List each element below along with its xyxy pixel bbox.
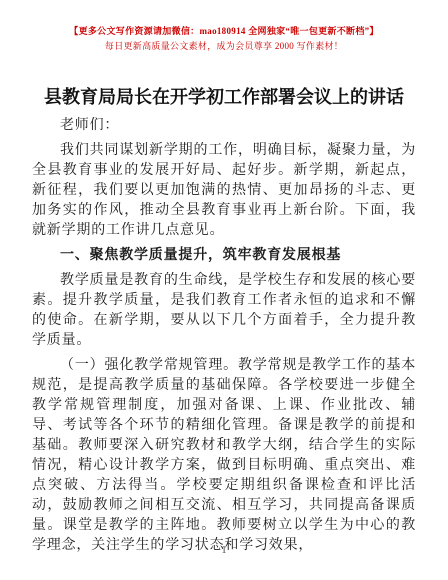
paragraph-3: （一）强化教学常规管理。教学常规是教学工作的基本规范，是提高教学质量的基础保障。…: [32, 356, 416, 556]
document-title: 县教育局局长在开学初工作部署会议上的讲话: [16, 86, 432, 108]
paragraph-1: 我们共同谋划新学期的工作，明确目标，凝聚力量，为全县教育事业的发展开好局、起好步…: [32, 141, 416, 241]
promo-header: 【更多公文写作资源请加微信：mao180914 全网独家“唯一包更新不断档”】 …: [0, 0, 448, 53]
page-number: 1: [0, 545, 448, 556]
promo-line-1: 【更多公文写作资源请加微信：mao180914 全网独家“唯一包更新不断档”】: [0, 24, 448, 39]
document-page: 【更多公文写作资源请加微信：mao180914 全网独家“唯一包更新不断档”】 …: [0, 0, 448, 580]
promo-line-2: 每日更新高质量公文素材，成为会员尊享 2000 写作素材！: [0, 39, 448, 53]
paragraph-2: 教学质量是教育的生命线，是学校生存和发展的核心要素。提升教学质量，是我们教育工作…: [32, 271, 416, 351]
salutation: 老师们：: [32, 116, 416, 136]
document-body: 老师们： 我们共同谋划新学期的工作，明确目标，凝聚力量，为全县教育事业的发展开好…: [32, 116, 416, 556]
section-heading-1: 一、聚焦教学质量提升，筑牢教育发展根基: [32, 246, 416, 266]
